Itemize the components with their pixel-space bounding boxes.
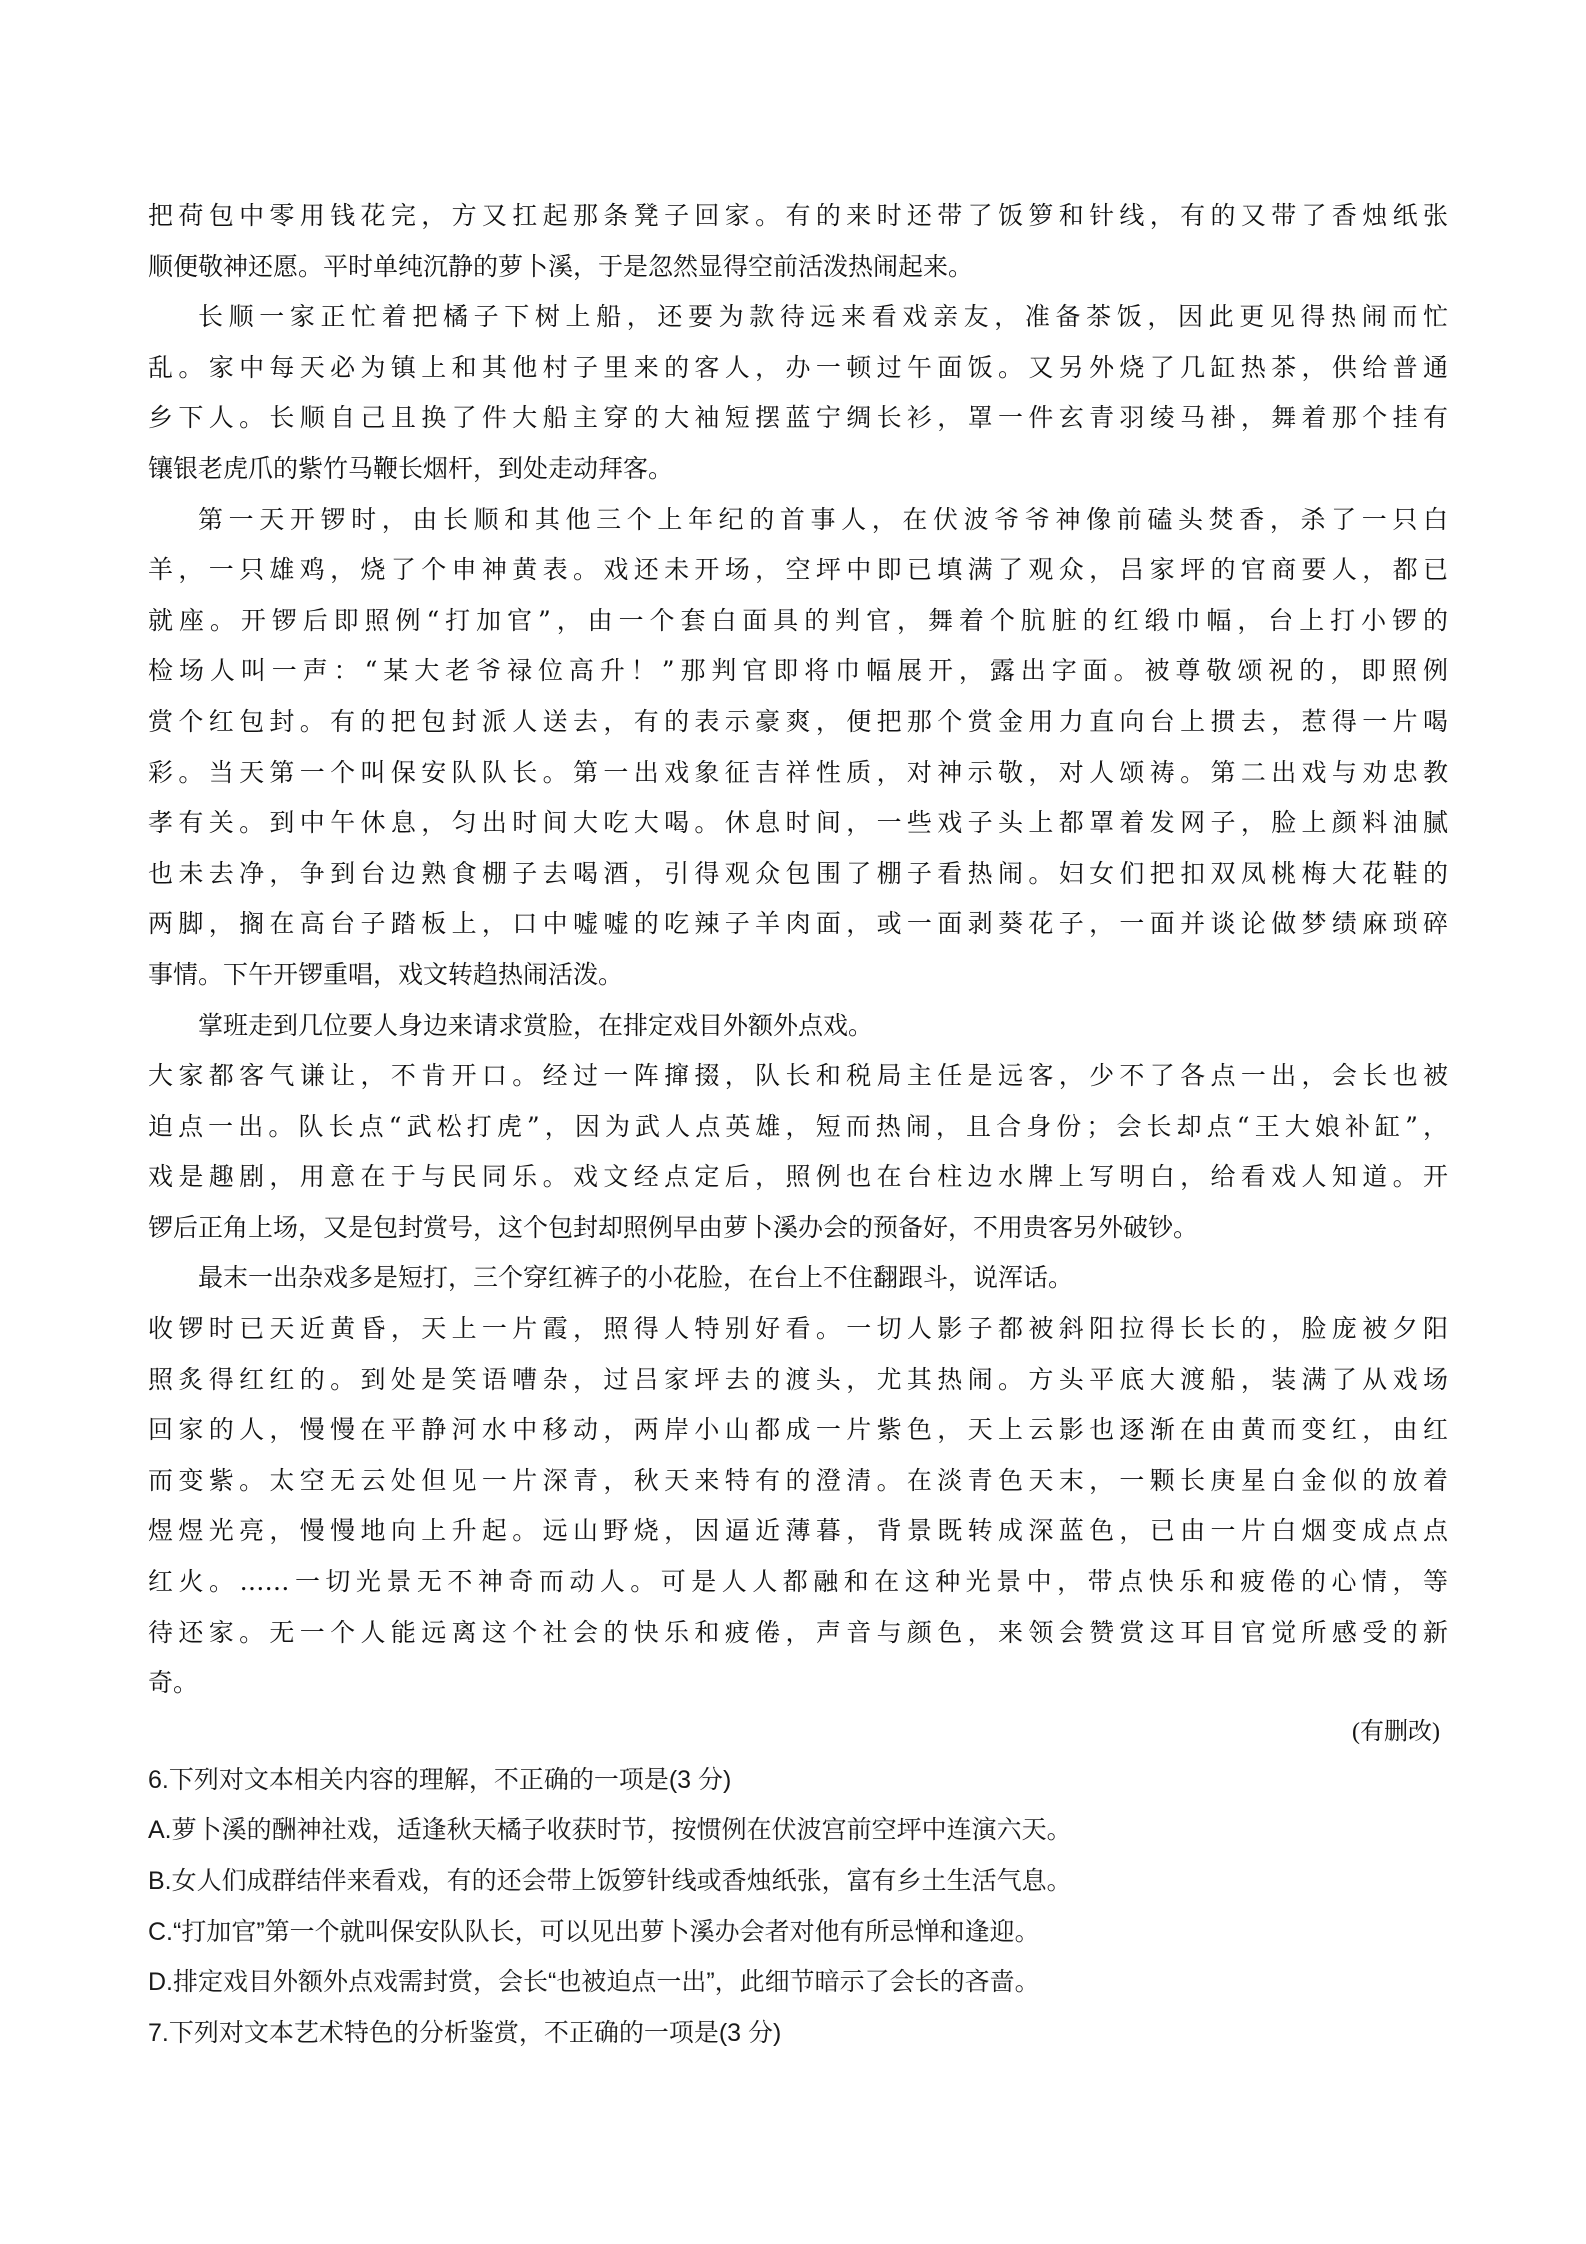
text-line: 照炙得红红的。到处是笑语嘈杂，过吕家坪去的渡头，尤其热闹。方头平底大渡船，装满了… bbox=[148, 1355, 1448, 1406]
paragraph: 把荷包中零用钱花完，方又扛起那条凳子回家。有的来时还带了饭箩和针线，有的又带了香… bbox=[148, 191, 1448, 292]
text-line: 奇。 bbox=[148, 1658, 1448, 1709]
text-line: 迫点一出。队长点“武松打虎”，因为武人点英雄，短而热闹，且合身份；会长却点“王大… bbox=[148, 1102, 1448, 1153]
text-line: 掌班走到几位要人身边来请求赏脸，在排定戏目外额外点戏。 bbox=[148, 1001, 1448, 1052]
text-line: 顺便敬神还愿。平时单纯沉静的萝卜溪，于是忽然显得空前活泼热闹起来。 bbox=[148, 242, 1448, 293]
paragraph: 长顺一家正忙着把橘子下树上船，还要为款待远来看戏亲友，准备茶饭，因此更见得热闹而… bbox=[148, 292, 1448, 494]
text-line: 收锣时已天近黄昏，天上一片霞，照得人特别好看。一切人影子都被斜阳拉得长长的，脸庞… bbox=[148, 1304, 1448, 1355]
text-line: 第一天开锣时，由长顺和其他三个上年纪的首事人，在伏波爷爷神像前磕头焚香，杀了一只… bbox=[148, 495, 1448, 546]
paragraph: 第一天开锣时，由长顺和其他三个上年纪的首事人，在伏波爷爷神像前磕头焚香，杀了一只… bbox=[148, 495, 1448, 1001]
option-c: C.“打加官”第一个就叫保安队队长，可以见出萝卜溪办会者对他有所忌惮和逢迎。 bbox=[148, 1907, 1448, 1958]
text-line: 最末一出杂戏多是短打，三个穿红裤子的小花脸，在台上不住翻跟斗，说浑话。 bbox=[148, 1253, 1448, 1304]
text-line: 回家的人，慢慢在平静河水中移动，两岸小山都成一片紫色，天上云影也逐渐在由黄而变红… bbox=[148, 1405, 1448, 1456]
text-line: 镶银老虎爪的紫竹马鞭长烟杆，到处走动拜客。 bbox=[148, 444, 1448, 495]
text-line: 待还家。无一个人能远离这个社会的快乐和疲倦，声音与颜色，来领会赞赏这耳目官觉所感… bbox=[148, 1608, 1448, 1659]
text-line: 也未去净，争到台边熟食棚子去喝酒，引得观众包围了棚子看热闹。妇女们把扣双凤桃梅大… bbox=[148, 849, 1448, 900]
paragraph: 掌班走到几位要人身边来请求赏脸，在排定戏目外额外点戏。 bbox=[148, 1001, 1448, 1052]
option-b: B.女人们成群结伴来看戏，有的还会带上饭箩针线或香烛纸张，富有乡土生活气息。 bbox=[148, 1856, 1448, 1907]
text-line: 戏是趣剧，用意在于与民同乐。戏文经点定后，照例也在台柱边水牌上写明白，给看戏人知… bbox=[148, 1152, 1448, 1203]
text-line: 孝有关。到中午休息，匀出时间大吃大喝。休息时间，一些戏子头上都罩着发网子，脸上颜… bbox=[148, 798, 1448, 849]
paragraph: 收锣时已天近黄昏，天上一片霞，照得人特别好看。一切人影子都被斜阳拉得长长的，脸庞… bbox=[148, 1304, 1448, 1709]
text-line: 就座。开锣后即照例“打加官”，由一个套白面具的判官，舞着个肮脏的红缎巾幅，台上打… bbox=[148, 596, 1448, 647]
option-d: D.排定戏目外额外点戏需封赏，会长“也被迫点一出”，此细节暗示了会长的吝啬。 bbox=[148, 1957, 1448, 2008]
text-line: 乡下人。长顺自己且换了件大船主穿的大袖短摆蓝宁绸长衫，罩一件玄青羽绫马褂，舞着那… bbox=[148, 393, 1448, 444]
text-line: 大家都客气谦让，不肯开口。经过一阵撺掇，队长和税局主任是远客，少不了各点一出，会… bbox=[148, 1051, 1448, 1102]
question-stem: 6.下列对文本相关内容的理解，不正确的一项是(3 分) bbox=[148, 1755, 1448, 1806]
text-line: 红火。……一切光景无不神奇而动人。可是人人都融和在这种光景中，带点快乐和疲倦的心… bbox=[148, 1557, 1448, 1608]
text-line: 把荷包中零用钱花完，方又扛起那条凳子回家。有的来时还带了饭箩和针线，有的又带了香… bbox=[148, 191, 1448, 242]
text-line: 检场人叫一声：“某大老爷禄位高升！”那判官即将巾幅展开，露出字面。被尊敬颂祝的，… bbox=[148, 646, 1448, 697]
text-line: 赏个红包封。有的把包封派人送去，有的表示豪爽，便把那个赏金用力直向台上掼去，惹得… bbox=[148, 697, 1448, 748]
text-line: 彩。当天第一个叫保安队队长。第一出戏象征吉祥性质，对神示敬，对人颂祷。第二出戏与… bbox=[148, 748, 1448, 799]
text-line: 而变紫。太空无云处但见一片深青，秋天来特有的澄清。在淡青色天末，一颗长庚星白金似… bbox=[148, 1456, 1448, 1507]
text-line: 乱。家中每天必为镇上和其他村子里来的客人，办一顿过午面饭。又另外烧了几缸热茶，供… bbox=[148, 343, 1448, 394]
option-a: A.萝卜溪的酬神社戏，适逢秋天橘子收获时节，按惯例在伏波宫前空坪中连演六天。 bbox=[148, 1805, 1448, 1856]
question-7: 7.下列对文本艺术特色的分析鉴赏，不正确的一项是(3 分) bbox=[148, 2008, 1448, 2059]
question-6: 6.下列对文本相关内容的理解，不正确的一项是(3 分) A.萝卜溪的酬神社戏，适… bbox=[148, 1755, 1448, 2008]
exam-page: 把荷包中零用钱花完，方又扛起那条凳子回家。有的来时还带了饭箩和针线，有的又带了香… bbox=[148, 191, 1448, 2058]
paragraph: 大家都客气谦让，不肯开口。经过一阵撺掇，队长和税局主任是远客，少不了各点一出，会… bbox=[148, 1051, 1448, 1253]
text-line: 事情。下午开锣重唱，戏文转趋热闹活泼。 bbox=[148, 950, 1448, 1001]
paragraph: 最末一出杂戏多是短打，三个穿红裤子的小花脸，在台上不住翻跟斗，说浑话。 bbox=[148, 1253, 1448, 1304]
text-line: 羊，一只雄鸡，烧了个申神黄表。戏还未开场，空坪中即已填满了观众，吕家坪的官商要人… bbox=[148, 545, 1448, 596]
text-line: 锣后正角上场，又是包封赏号，这个包封却照例早由萝卜溪办会的预备好，不用贵客另外破… bbox=[148, 1203, 1448, 1254]
source-note: (有删改) bbox=[148, 1709, 1448, 1755]
text-line: 两脚，搁在高台子踏板上，口中嘘嘘的吃辣子羊肉面，或一面剥葵花子，一面并谈论做梦绩… bbox=[148, 899, 1448, 950]
passage: 把荷包中零用钱花完，方又扛起那条凳子回家。有的来时还带了饭箩和针线，有的又带了香… bbox=[148, 191, 1448, 1755]
text-line: 长顺一家正忙着把橘子下树上船，还要为款待远来看戏亲友，准备茶饭，因此更见得热闹而… bbox=[148, 292, 1448, 343]
text-line: 煜煜光亮，慢慢地向上升起。远山野烧，因逼近薄暮，背景既转成深蓝色，已由一片白烟变… bbox=[148, 1506, 1448, 1557]
question-stem: 7.下列对文本艺术特色的分析鉴赏，不正确的一项是(3 分) bbox=[148, 2008, 1448, 2059]
